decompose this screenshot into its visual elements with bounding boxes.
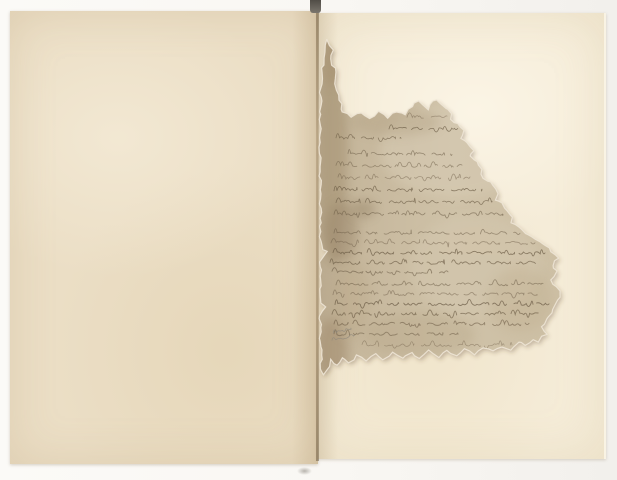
manuscript-fragment bbox=[306, 26, 576, 384]
spine-top-mark bbox=[310, 0, 321, 13]
edge-smudge bbox=[297, 467, 312, 475]
archival-scan bbox=[0, 0, 617, 480]
left-page bbox=[10, 11, 318, 464]
